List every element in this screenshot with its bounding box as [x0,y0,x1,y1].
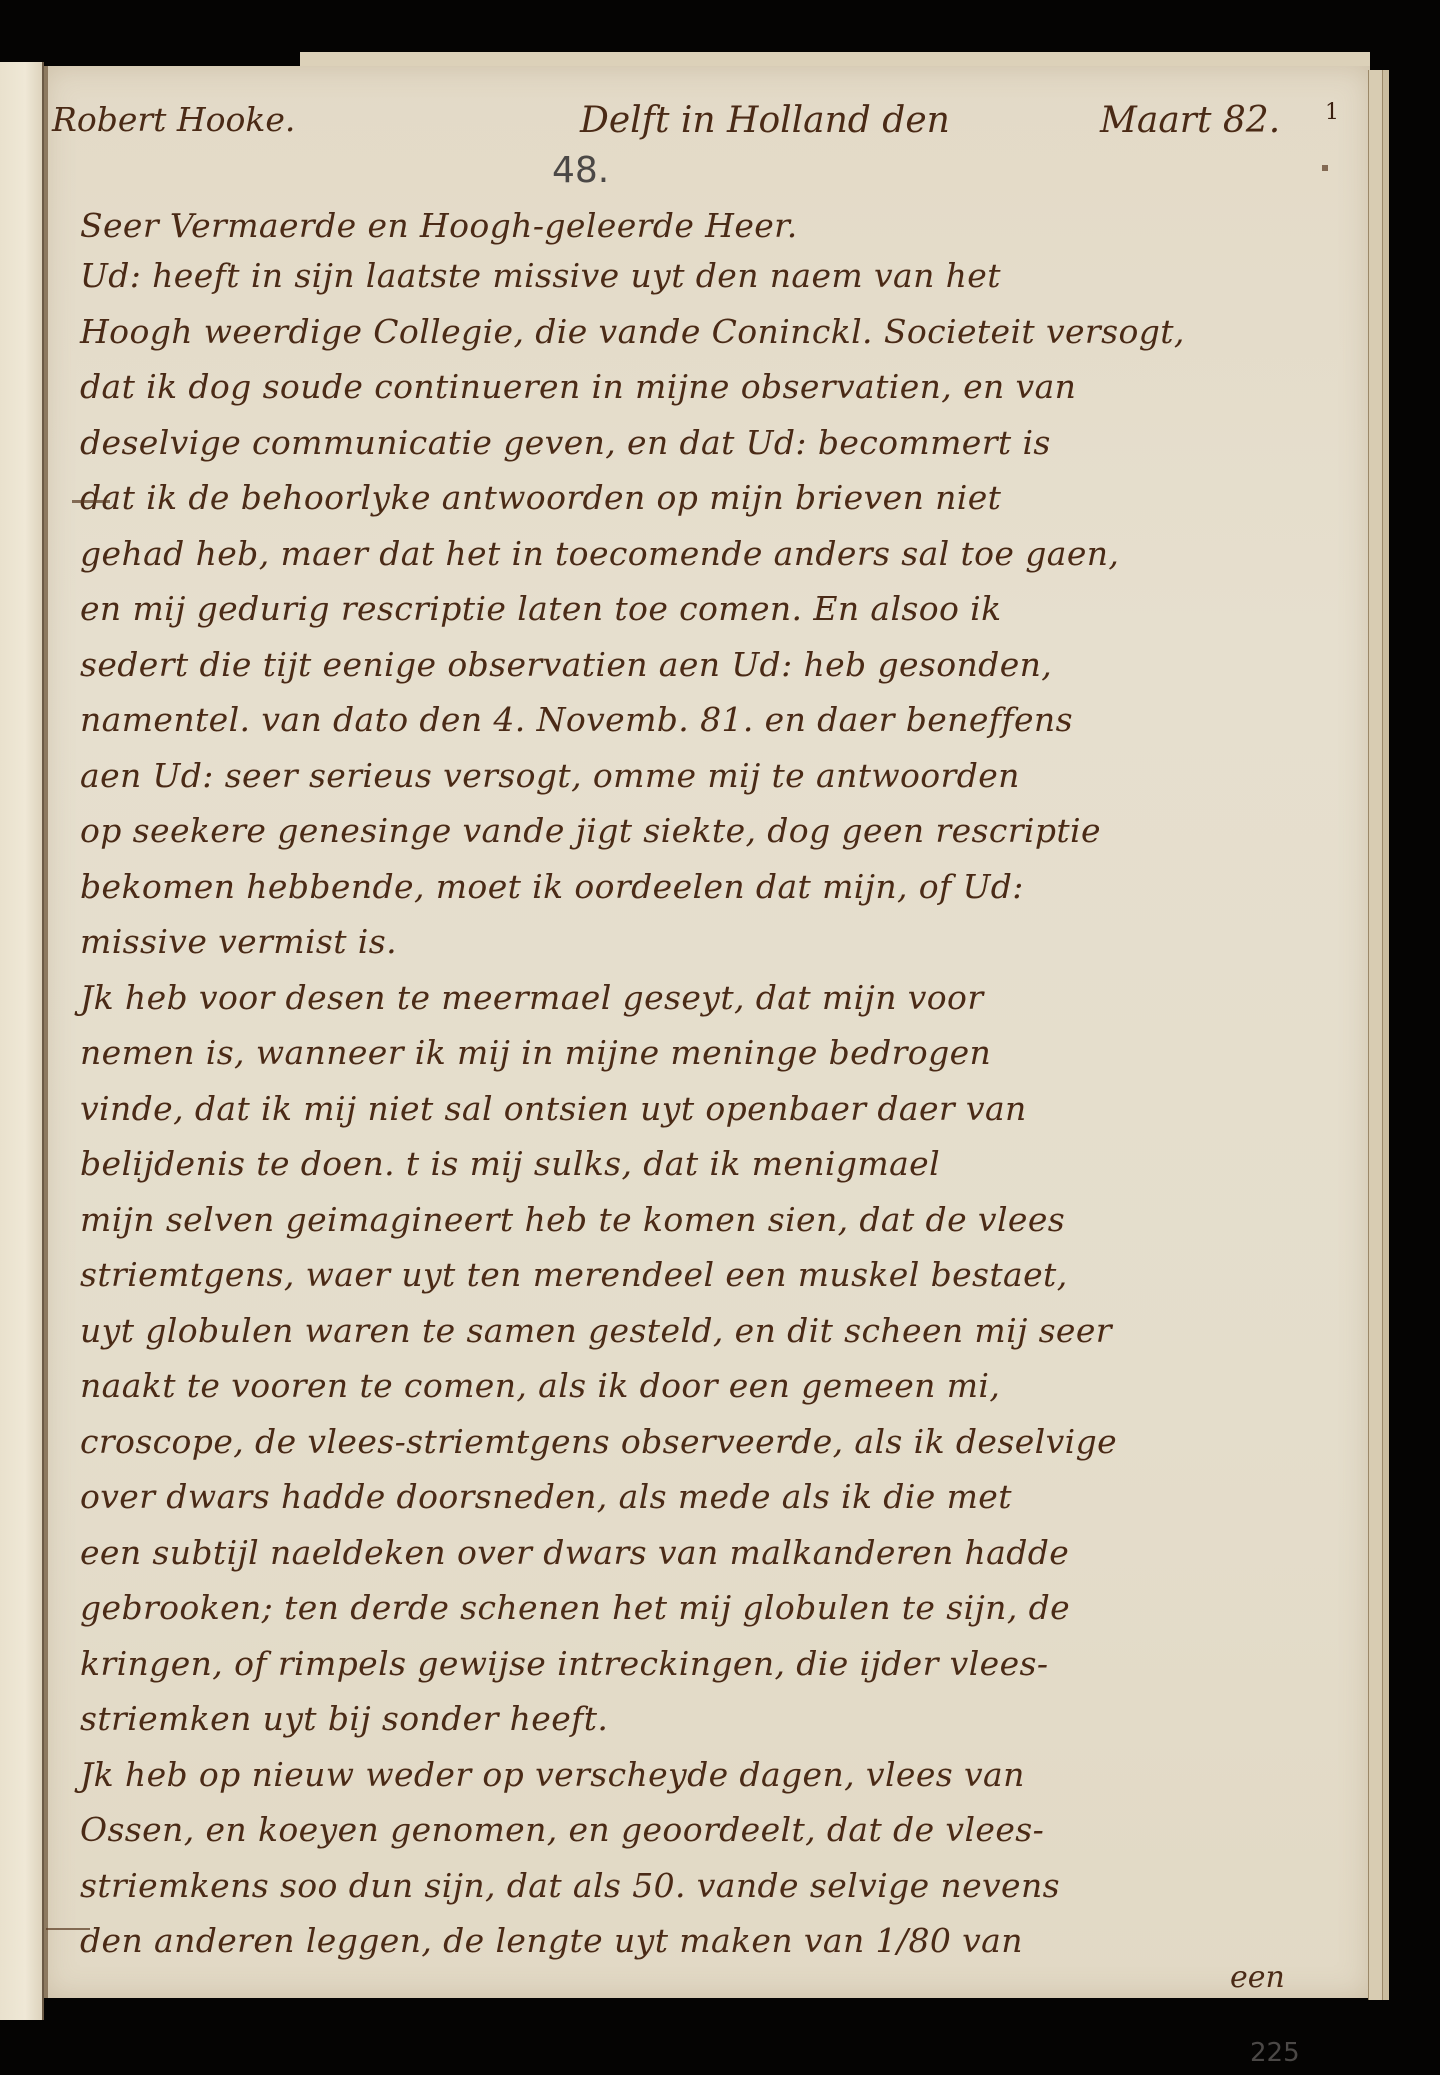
letter-line: uyt globulen waren te samen gesteld, en … [80,1303,1340,1359]
page-edge-strip [1382,70,1389,2000]
addressee: Robert Hooke. [52,100,295,139]
letter-line: gebrooken; ten derde schenen het mij glo… [80,1580,1340,1636]
letter-line: gehad heb, maer dat het in toecomende an… [80,526,1340,582]
margin-ink-mark [72,500,110,503]
letter-line: en mij gedurig rescriptie laten toe come… [80,581,1340,637]
adjacent-left-page [0,62,44,2020]
letter-line: over dwars hadde doorsneden, als mede al… [80,1469,1340,1525]
letter-line: striemtgens, waer uyt ten merendeel een … [80,1247,1340,1303]
letter-line: mijn selven geimagineert heb te komen si… [80,1192,1340,1248]
letter-line: een subtijl naeldeken over dwars van mal… [80,1525,1340,1581]
letter-line: deselvige communicatie geven, en dat Ud:… [80,415,1340,471]
letter-line: belijdenis te doen. t is mij sulks, dat … [80,1136,1340,1192]
letter-line: vinde, dat ik mij niet sal ontsien uyt o… [80,1081,1340,1137]
letter-line: dat ik dog soude continueren in mijne ob… [80,359,1340,415]
letter-line: kringen, of rimpels gewijse intreckingen… [80,1636,1340,1692]
page-number: 225 [1250,2038,1300,2068]
letter-line: Jk heb op nieuw weder op verscheyde dage… [80,1747,1340,1803]
letter-line: sedert die tijt eenige observatien aen U… [80,637,1340,693]
letter-header: Robert Hooke. Delft in Holland den Maart… [80,100,1340,160]
letter-line: dat ik de behoorlyke antwoorden op mijn … [80,470,1340,526]
margin-ink-mark [46,1928,90,1930]
letter-line: aen Ud: seer serieus versogt, omme mij t… [80,748,1340,804]
salutation: Seer Vermaerde en Hoogh-geleerde Heer. [80,198,1340,248]
page-edge-strip [1368,70,1383,2000]
letter-lines: Ud: heeft in sijn laatste missive uyt de… [80,248,1340,1969]
letter-line: nemen is, wanneer ik mij in mijne mening… [80,1025,1340,1081]
letter-line: striemken uyt bij sonder heeft. [80,1691,1340,1747]
letter-line: croscope, de vlees-striemtgens observeer… [80,1414,1340,1470]
letter-body: Robert Hooke. Delft in Holland den Maart… [80,100,1340,1969]
place-date: Delft in Holland den [580,100,950,141]
letter-line: Ossen, en koeyen genomen, en geoordeelt,… [80,1802,1340,1858]
catchword: een [1230,1960,1285,1995]
letter-line: den anderen leggen, de lengte uyt maken … [80,1913,1340,1969]
letter-line: Jk heb voor desen te meermael geseyt, da… [80,970,1340,1026]
letter-line: striemkens soo dun sijn, dat als 50. van… [80,1858,1340,1914]
letter-line: namentel. van dato den 4. Novemb. 81. en… [80,692,1340,748]
letter-line: missive vermist is. [80,914,1340,970]
letter-line: Ud: heeft in sijn laatste missive uyt de… [80,248,1340,304]
letter-line: naakt te vooren te comen, als ik door ee… [80,1358,1340,1414]
month-year: Maart 82. [1100,100,1280,141]
letter-line: Hoogh weerdige Collegie, die vande Conin… [80,304,1340,360]
letter-line: bekomen hebbende, moet ik oordeelen dat … [80,859,1340,915]
letter-line: op seekere genesinge vande jigt siekte, … [80,803,1340,859]
